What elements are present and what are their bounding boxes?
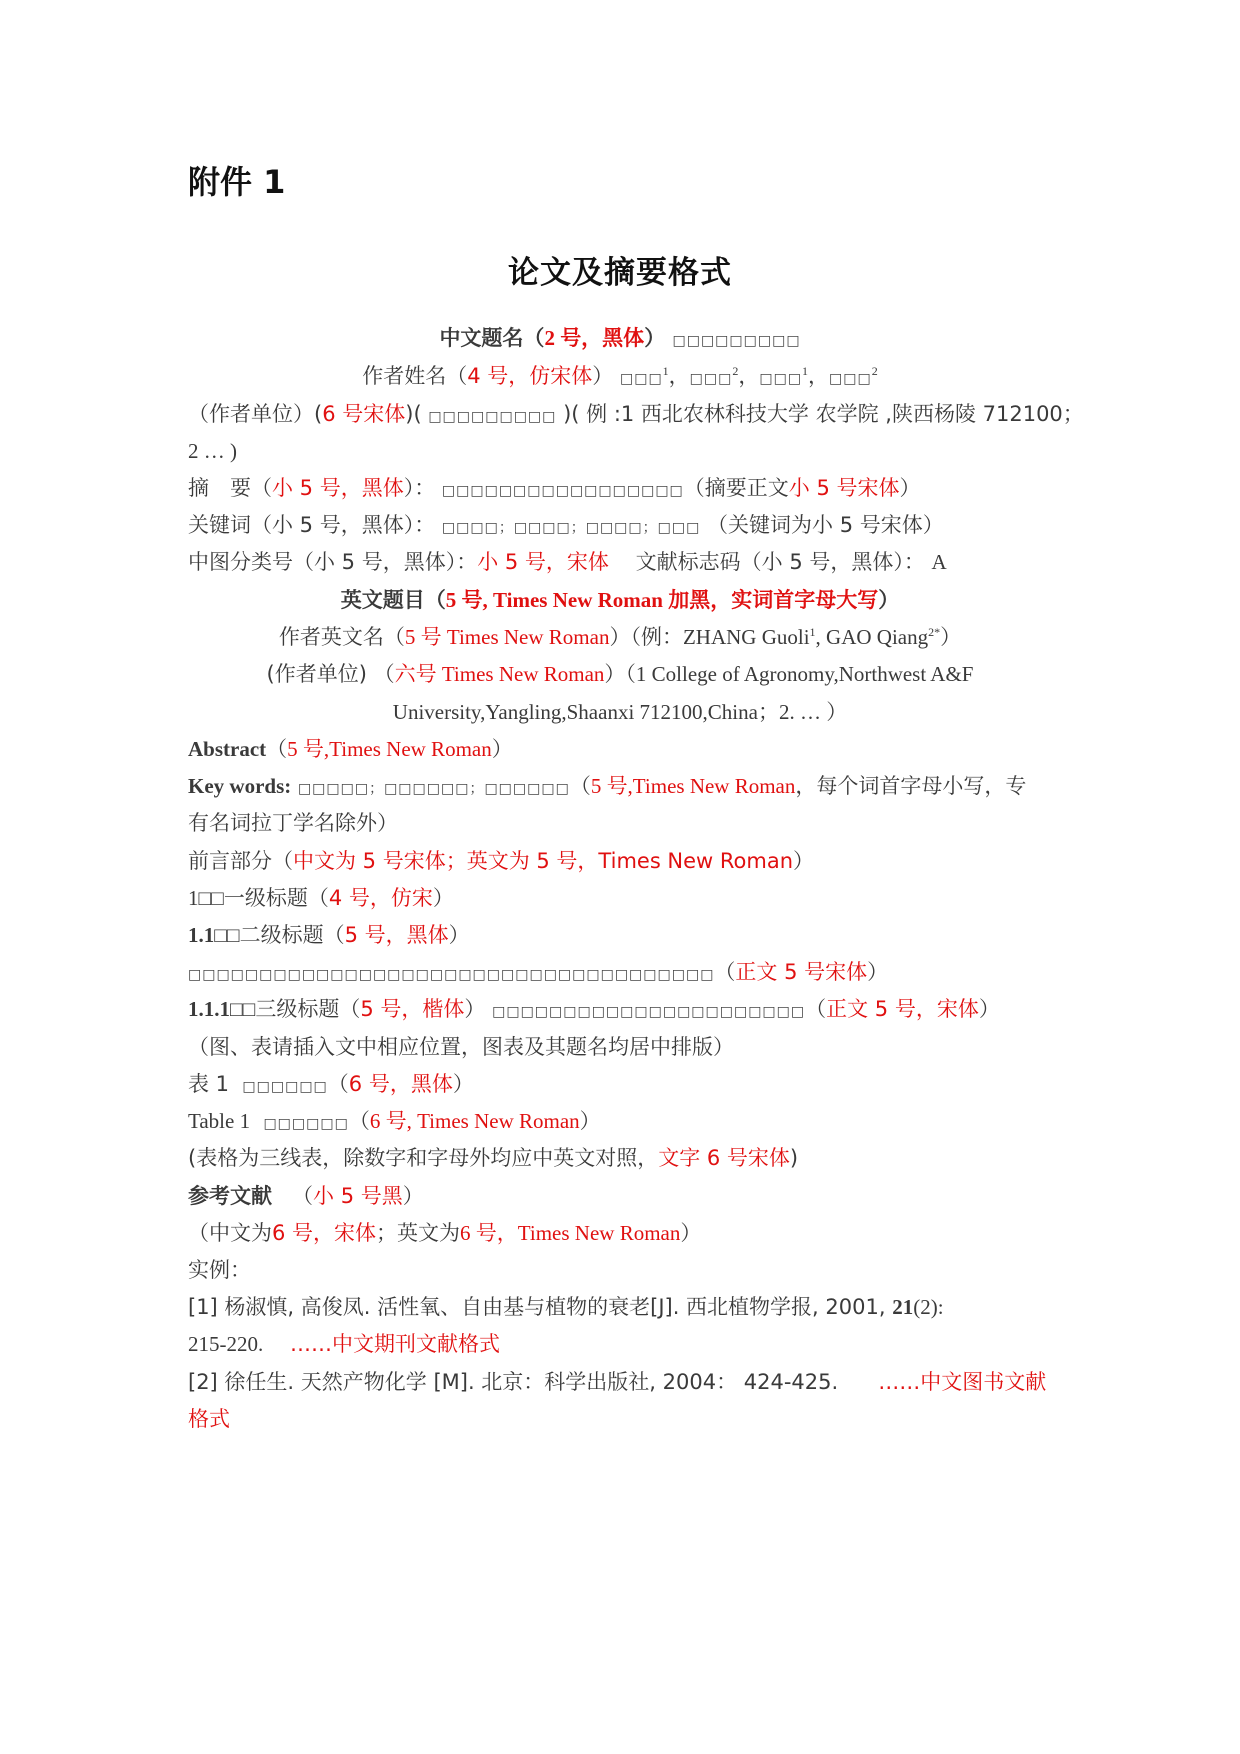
superscript: 1 <box>802 364 808 378</box>
label: Abstract <box>188 737 266 761</box>
label: （ <box>349 1109 370 1133</box>
heading1-line: 1□□一级标题（4 号，仿宋） <box>188 883 1052 913</box>
heading-number: 1.1.1□□ <box>188 997 255 1021</box>
label: ） <box>464 997 485 1021</box>
placeholder: □□□□□□□□□ <box>673 333 801 349</box>
reference-2: [2] 徐任生. 天然产物化学 [M]. 北京：科学出版社, 2004： 424… <box>188 1367 1052 1397</box>
note: ……中文期刊文献格式 <box>290 1332 500 1356</box>
spec: 6 号，Times New Roman <box>460 1221 680 1245</box>
spec: 5 号,Times New Roman <box>287 737 492 761</box>
body-text-line: □□□□□□□□□□□□□□□□□□□□□□□□□□□□□□□□□□□□□（正文… <box>188 957 1052 990</box>
label: 作者姓名（ <box>362 364 467 388</box>
placeholder: □□□□□□□□□ <box>428 409 556 425</box>
spec: 5 号, Times New Roman 加黑，实词首字母大写 <box>446 588 878 612</box>
label: ） <box>900 476 921 500</box>
heading2-line: 1.1□□二级标题（5 号，黑体） <box>188 920 1052 950</box>
spec: 5 号,Times New Roman <box>591 774 796 798</box>
label: ） <box>492 737 513 761</box>
spec: 5 号，黑体 <box>345 923 449 947</box>
annex-label: 附件 1 <box>188 162 1052 202</box>
en-affiliation-line: (作者单位) （六号 Times New Roman）（1 College of… <box>0 659 1240 689</box>
label: ） <box>878 588 899 612</box>
label: ） <box>644 326 665 350</box>
label: 文献标志码（小 5 号，黑体）： <box>636 550 925 574</box>
label: 关键词（小 5 号，黑体）： <box>188 513 435 537</box>
preface-line: 前言部分（中文为 5 号宋体；英文为 5 号，Times New Roman） <box>188 846 1052 876</box>
label: ） <box>403 1184 424 1208</box>
heading3-line: 1.1.1□□三级标题（5 号，楷体） □□□□□□□□□□□□□□□□□□□□… <box>188 994 1052 1027</box>
label: ） <box>433 886 454 910</box>
label: ） <box>592 364 613 388</box>
label: ） <box>453 1072 474 1096</box>
label: 参考文献 <box>188 1184 272 1208</box>
keywords-en-cont: 有名词拉丁学名除外） <box>188 808 1052 838</box>
reference-1: [1] 杨淑慎, 高俊凤. 活性氧、自由基与植物的衰老[J]. 西北植物学报, … <box>188 1292 1052 1322</box>
keywords-en-line: Key words: □□□□□；□□□□□□；□□□□□□（5 号,Times… <box>188 771 1052 804</box>
spec: 文字 6 号宋体 <box>658 1146 790 1170</box>
label: 一级标题（ <box>224 886 329 910</box>
spec: 小 5 号宋体 <box>789 476 900 500</box>
issue: (2): <box>913 1295 943 1319</box>
abstract-en-line: Abstract（5 号,Times New Roman） <box>188 734 1052 764</box>
note: ，每个词首字母小写，专 <box>795 774 1026 798</box>
example: , GAO Qiang <box>816 625 929 649</box>
cn-title-line: 中文题名（2 号，黑体） □□□□□□□□□ <box>0 323 1240 356</box>
label: （ <box>292 1184 313 1208</box>
label: ） <box>680 1221 701 1245</box>
author-name: □□□ <box>620 371 663 387</box>
label: 摘 要（ <box>188 476 272 500</box>
label: Table 1 <box>188 1109 250 1133</box>
keywords-cn-line: 关键词（小 5 号，黑体）： □□□□；□□□□；□□□□；□□□ （关键词为小… <box>188 510 1052 543</box>
citation: [2] 徐任生. 天然产物化学 [M]. 北京：科学出版社, 2004： 424… <box>188 1370 838 1394</box>
author-name: □□□ <box>690 371 733 387</box>
volume: 21 <box>892 1295 913 1319</box>
spec: 6 号，黑体 <box>349 1072 453 1096</box>
example: )( 例 :1 西北农林科技大学 农学院 ,陕西杨陵 712100； <box>563 402 1084 426</box>
label: （ <box>328 1072 349 1096</box>
authors-line: 作者姓名（4 号，仿宋体） □□□1，□□□2，□□□1，□□□2 <box>0 361 1240 394</box>
note: (表格为三线表，除数字和字母外均应中英文对照， <box>188 1146 658 1170</box>
spec: 小 5 号，黑体 <box>272 476 404 500</box>
label: ) <box>790 1146 798 1170</box>
label: （ <box>714 960 735 984</box>
spec: 6 号宋体 <box>322 402 405 426</box>
spec: 六号 Times New Roman <box>395 662 605 686</box>
superscript: 2 <box>872 364 878 378</box>
affiliation-cont: 2 … ) <box>188 436 1052 466</box>
label: ） <box>580 1109 601 1133</box>
figure-note: （图、表请插入文中相应位置，图表及其题名均居中排版） <box>188 1032 1052 1062</box>
reference-1-cont: 215-220. ……中文期刊文献格式 <box>188 1329 1052 1359</box>
placeholder: □□□□□□ <box>263 1116 348 1132</box>
label: (作者单位) （ <box>267 662 395 686</box>
label: （中文为 <box>188 1221 272 1245</box>
en-affiliation-cont: University,Yangling,Shaanxi 712100,China… <box>0 697 1240 727</box>
label: 英文题目（ <box>341 588 446 612</box>
en-authors-line: 作者英文名（5 号 Times New Roman）（例：ZHANG Guoli… <box>0 622 1240 652</box>
label: （作者单位）( <box>188 402 322 426</box>
ref-format-line: （中文为6 号，宋体；英文为6 号，Times New Roman） <box>188 1218 1052 1248</box>
placeholder: □□□□□□□□□□□□□□□□□ <box>442 483 684 499</box>
superscript: 2* <box>928 625 940 639</box>
doc-code: A <box>932 550 947 574</box>
spec: 正文 5 号宋体 <box>735 960 867 984</box>
references-heading: 参考文献 （小 5 号黑） <box>188 1181 1052 1211</box>
placeholder: □□□□□□□□□□□□□□□□□□□□□□ <box>492 1004 805 1020</box>
label: 三级标题（ <box>255 997 360 1021</box>
example-label: 实例： <box>188 1255 1052 1285</box>
spec: 6 号，宋体 <box>272 1221 376 1245</box>
spec: 中文为 5 号宋体；英文为 5 号，Times New Roman <box>293 849 793 873</box>
label: )( <box>405 402 421 426</box>
label: （ <box>266 737 287 761</box>
table-note: (表格为三线表，除数字和字母外均应中英文对照，文字 6 号宋体) <box>188 1143 1052 1173</box>
note: （摘要正文 <box>684 476 789 500</box>
affiliation-line: （作者单位）(6 号宋体)( □□□□□□□□□ )( 例 :1 西北农林科技大… <box>188 399 1052 432</box>
label: 表 1 <box>188 1072 229 1096</box>
label: ） <box>449 923 470 947</box>
spec: 小 5 号，宋体 <box>477 550 609 574</box>
label: ）： <box>404 476 436 500</box>
spec: 正文 5 号，宋体 <box>826 997 979 1021</box>
spec: 小 5 号黑 <box>313 1184 403 1208</box>
heading-number: 1□□ <box>188 886 224 910</box>
superscript: 2 <box>732 364 738 378</box>
placeholder: □□□□□□□□□□□□□□□□□□□□□□□□□□□□□□□□□□□□□ <box>188 967 714 983</box>
heading-number: 1.1□□ <box>188 923 240 947</box>
label: 中文题名（ <box>439 326 544 350</box>
label: ） <box>867 960 888 984</box>
table-cn-line: 表 1 □□□□□□（6 号，黑体） <box>188 1069 1052 1102</box>
placeholder: □□□□□□ <box>242 1079 327 1095</box>
table-en-line: Table 1 □□□□□□（6 号, Times New Roman） <box>188 1106 1052 1139</box>
spec: 2 号，黑体 <box>544 326 644 350</box>
citation: [1] 杨淑慎, 高俊凤. 活性氧、自由基与植物的衰老[J]. 西北植物学报, … <box>188 1295 892 1319</box>
spec: 4 号，仿宋 <box>329 886 433 910</box>
spec: 5 号 Times New Roman <box>405 625 610 649</box>
label: 作者英文名（ <box>279 625 405 649</box>
note: ……中文图书文献 <box>878 1370 1046 1394</box>
note: （关键词为小 5 号宋体） <box>707 513 944 537</box>
label: Key words: <box>188 774 291 798</box>
author-name: □□□ <box>829 371 872 387</box>
author-name: □□□ <box>759 371 802 387</box>
spec: 4 号，仿宋体 <box>467 364 592 388</box>
label: ） <box>979 997 1000 1021</box>
superscript: 1 <box>663 364 669 378</box>
page-title: 论文及摘要格式 <box>0 252 1240 294</box>
label: ；英文为 <box>376 1221 460 1245</box>
abstract-cn-line: 摘 要（小 5 号，黑体）： □□□□□□□□□□□□□□□□□（摘要正文小 5… <box>188 473 1052 506</box>
keywords: □□□□□；□□□□□□；□□□□□□ <box>298 781 570 797</box>
label: 中图分类号（小 5 号，黑体）： <box>188 550 477 574</box>
classification-line: 中图分类号（小 5 号，黑体）：小 5 号，宋体 文献标志码（小 5 号，黑体）… <box>188 547 1052 577</box>
label: （ <box>570 774 591 798</box>
example: ）（1 College of Agronomy,Northwest A&F <box>604 662 973 686</box>
label: 前言部分（ <box>188 849 293 873</box>
en-title-line: 英文题目（5 号, Times New Roman 加黑，实词首字母大写） <box>0 585 1240 615</box>
label: 二级标题（ <box>240 923 345 947</box>
spec: 6 号, Times New Roman <box>370 1109 580 1133</box>
example: ）（例：ZHANG Guoli <box>609 625 809 649</box>
label: ） <box>940 625 961 649</box>
pages: 215-220. <box>188 1332 263 1356</box>
document-page: 附件 1 论文及摘要格式 中文题名（2 号，黑体） □□□□□□□□□ 作者姓名… <box>0 0 1240 1754</box>
label: ） <box>793 849 814 873</box>
spec: 5 号，楷体 <box>360 997 464 1021</box>
keywords: □□□□；□□□□；□□□□；□□□ <box>442 520 700 536</box>
reference-2-cont: 格式 <box>188 1404 1052 1434</box>
label: （ <box>805 997 826 1021</box>
